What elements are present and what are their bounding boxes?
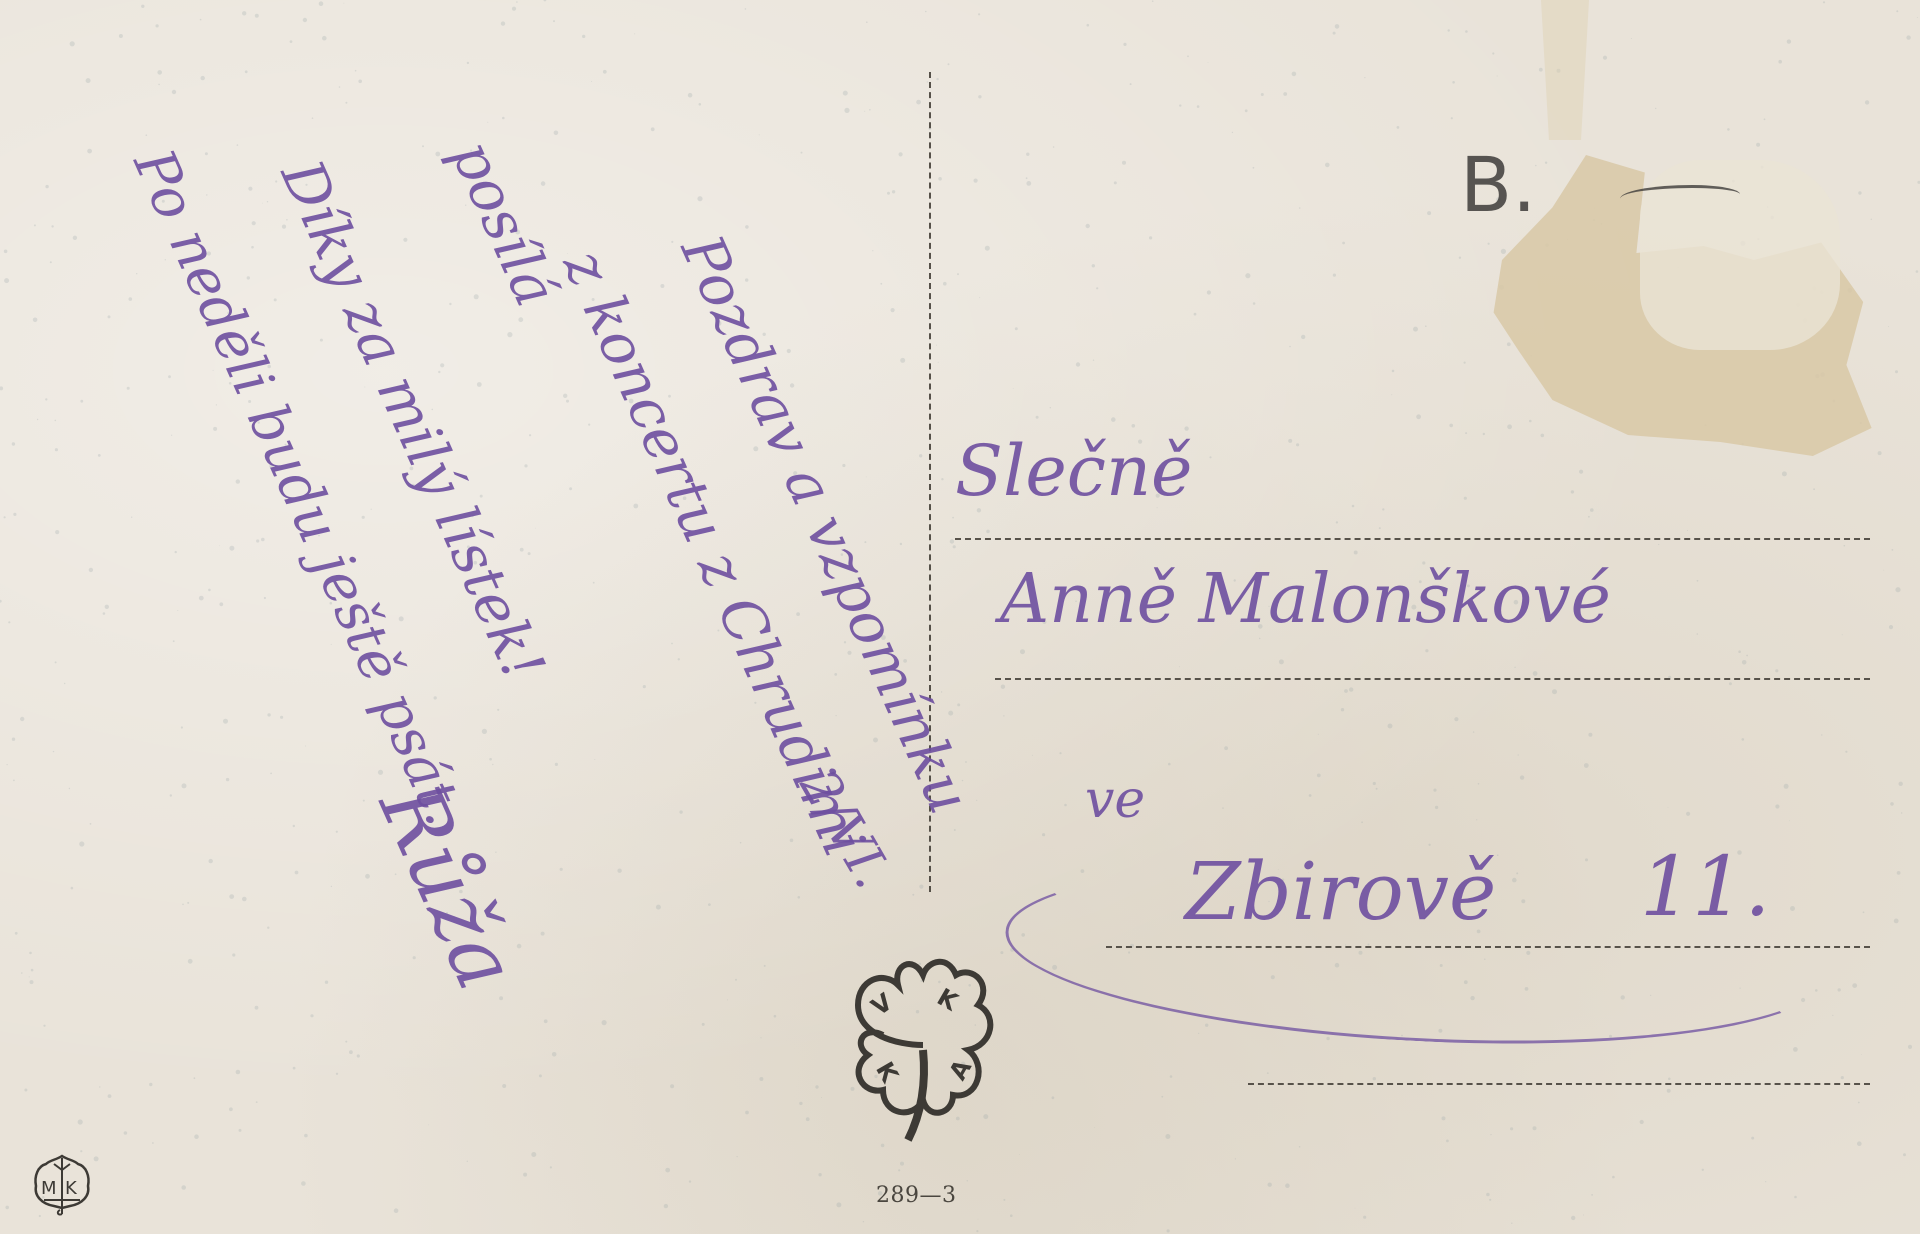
four-leaf-clover-icon: V K A K [838,950,1008,1150]
pencil-note: B. [1460,140,1536,229]
svg-text:K: K [65,1178,78,1199]
svg-text:V: V [866,988,898,1022]
svg-text:K: K [932,983,963,1017]
address-salutation: Slečně [955,430,1192,512]
address-preposition: ve [1085,770,1145,830]
svg-text:K: K [870,1057,904,1088]
address-line-4 [1248,1083,1870,1085]
stamp-residue-top [1525,0,1605,140]
address-line-1 [955,538,1870,540]
leaf-monogram-icon: M K [30,1152,94,1220]
address-line-2 [995,678,1870,680]
print-number: 289—3 [876,1183,957,1208]
signature: Růža [360,770,536,1003]
address-recipient: Anně Malonškové [1000,560,1611,639]
postcard-back: B. Slečně Anně Malonškové ve Zbirově 11.… [0,0,1920,1234]
message-line-3: posílá [438,130,571,316]
svg-text:M: M [41,1178,57,1199]
